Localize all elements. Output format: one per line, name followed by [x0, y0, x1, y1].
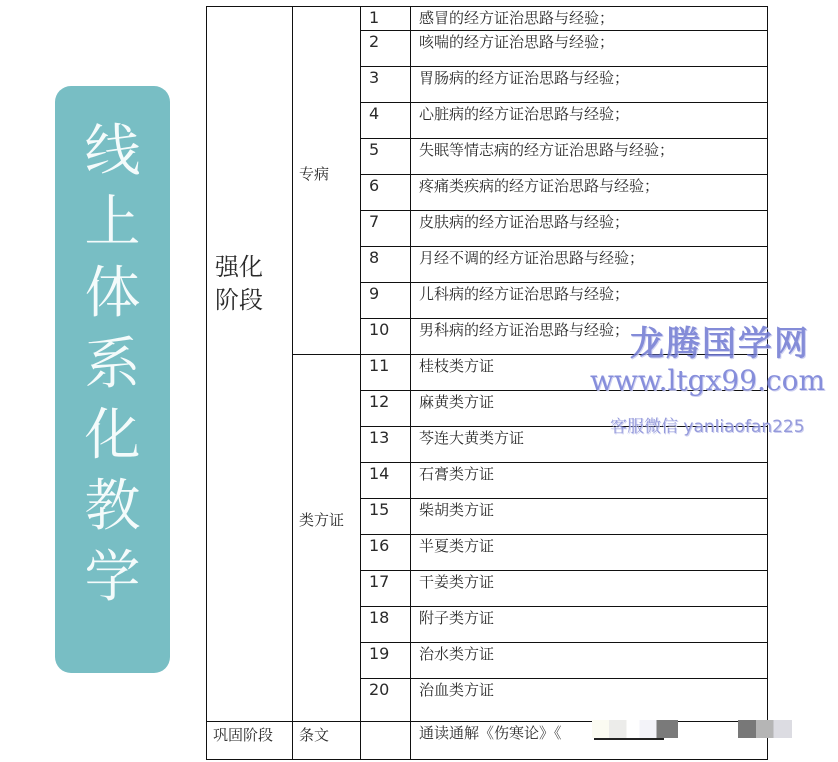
side-title-char: 系 — [55, 329, 170, 400]
row-topic: 石膏类方证 — [411, 463, 768, 499]
row-number: 8 — [361, 247, 411, 283]
side-title: 线 上 体 系 化 教 学 — [55, 116, 170, 613]
row-topic: 治水类方证 — [411, 643, 768, 679]
stage-cell-strengthen: 强化 阶段 — [207, 7, 293, 722]
row-topic: 干姜类方证 — [411, 571, 768, 607]
row-number: 15 — [361, 499, 411, 535]
row-topic: 月经不调的经方证治思路与经验； — [411, 247, 768, 283]
row-number: 6 — [361, 175, 411, 211]
row-number — [361, 722, 411, 760]
row-number: 10 — [361, 319, 411, 355]
module-label: 类方证 — [299, 511, 344, 529]
row-number: 1 — [361, 7, 411, 31]
stage-label-line: 阶段 — [215, 284, 292, 317]
side-title-char: 线 — [55, 116, 170, 187]
censored-region — [738, 720, 792, 738]
row-number: 3 — [361, 67, 411, 103]
row-topic: 桂枝类方证 — [411, 355, 768, 391]
row-number: 18 — [361, 607, 411, 643]
row-topic: 皮肤病的经方证治思路与经验； — [411, 211, 768, 247]
row-number: 7 — [361, 211, 411, 247]
side-title-char: 学 — [55, 542, 170, 613]
table-row: 强化 阶段 专病 1 感冒的经方证治思路与经验； — [207, 7, 768, 31]
row-topic: 通读通解《伤寒论》《 — [411, 722, 768, 760]
row-number: 5 — [361, 139, 411, 175]
row-number: 13 — [361, 427, 411, 463]
row-number: 11 — [361, 355, 411, 391]
row-topic: 附子类方证 — [411, 607, 768, 643]
side-title-char: 体 — [55, 258, 170, 329]
row-topic: 咳喘的经方证治思路与经验； — [411, 31, 768, 67]
row-topic: 儿科病的经方证治思路与经验； — [411, 283, 768, 319]
side-title-panel: 线 上 体 系 化 教 学 — [55, 86, 170, 673]
curriculum-table: 强化 阶段 专病 1 感冒的经方证治思路与经验； 2 咳喘的经方证治思路与经验；… — [206, 6, 768, 760]
row-topic: 麻黄类方证 — [411, 391, 768, 427]
row-topic: 疼痛类疾病的经方证治思路与经验； — [411, 175, 768, 211]
row-topic: 半夏类方证 — [411, 535, 768, 571]
module-cell-formula-class: 类方证 — [293, 355, 361, 722]
row-topic: 感冒的经方证治思路与经验； — [411, 7, 768, 31]
module-label: 专病 — [299, 165, 329, 183]
row-number: 14 — [361, 463, 411, 499]
row-number: 12 — [361, 391, 411, 427]
row-topic: 柴胡类方证 — [411, 499, 768, 535]
row-topic: 失眠等情志病的经方证治思路与经验； — [411, 139, 768, 175]
row-number: 4 — [361, 103, 411, 139]
row-topic: 男科病的经方证治思路与经验； — [411, 319, 768, 355]
row-number: 17 — [361, 571, 411, 607]
row-number: 2 — [361, 31, 411, 67]
module-cell-clauses: 条文 — [293, 722, 361, 760]
table-row: 巩固阶段 条文 通读通解《伤寒论》《 — [207, 722, 768, 760]
side-title-char: 化 — [55, 400, 170, 471]
stage-cell-consolidate: 巩固阶段 — [207, 722, 293, 760]
row-number: 9 — [361, 283, 411, 319]
row-topic: 治血类方证 — [411, 679, 768, 722]
stage-label-line: 强化 — [215, 251, 292, 284]
row-topic: 胃肠病的经方证治思路与经验； — [411, 67, 768, 103]
row-topic: 心脏病的经方证治思路与经验； — [411, 103, 768, 139]
row-number: 20 — [361, 679, 411, 722]
censored-region — [592, 720, 678, 738]
row-number: 16 — [361, 535, 411, 571]
censored-underline — [594, 738, 664, 740]
module-cell-specific-disease: 专病 — [293, 7, 361, 355]
side-title-char: 上 — [55, 187, 170, 258]
row-number: 19 — [361, 643, 411, 679]
side-title-char: 教 — [55, 471, 170, 542]
row-topic: 芩连大黄类方证 — [411, 427, 768, 463]
